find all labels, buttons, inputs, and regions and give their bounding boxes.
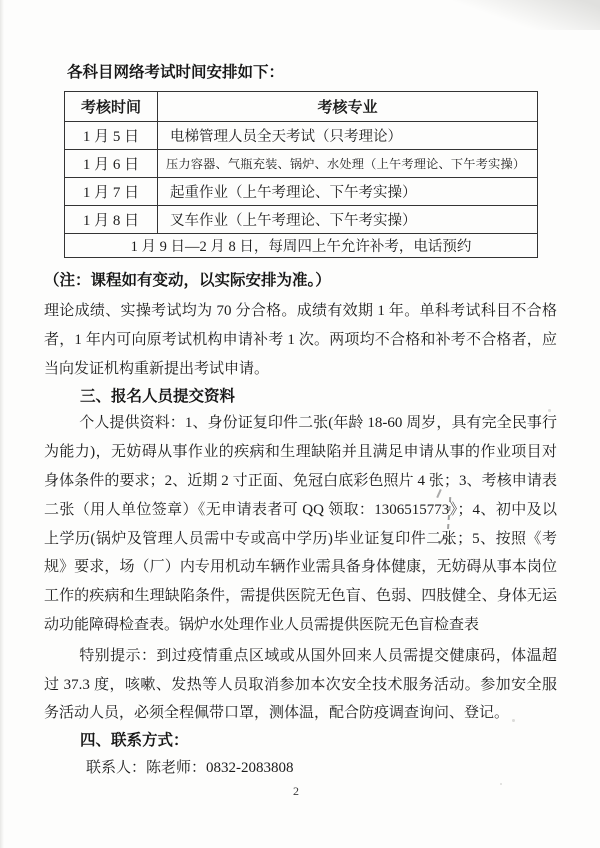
header-cell-exam-time: 考核时间 xyxy=(65,92,158,122)
contact-line: 联系人：陈老师：0832-2083808 xyxy=(86,757,600,779)
exam-schedule-table: 考核时间 考核专业 1 月 5 日 电梯管理人员全天考试（只考理论） 1 月 6… xyxy=(64,91,538,258)
table-header-row: 考核时间 考核专业 xyxy=(65,92,538,122)
paragraph-exam-results: 理论成绩、实操考试均为 70 分合格。成绩有效期 1 年。单科考试科目不合格者，… xyxy=(44,297,557,383)
paragraph-materials: 个人提供资料：1、身份证复印件二张(年龄 18-60 周岁，具有完全民事行为能力… xyxy=(44,409,557,639)
date-cell: 1 月 8 日 xyxy=(65,206,158,234)
makeup-exam-cell: 1 月 9 日—2 月 8 日，每周四上午允许补考，电话预约 xyxy=(65,234,538,258)
date-cell: 1 月 7 日 xyxy=(65,178,158,206)
pen-caret-mark xyxy=(438,536,452,545)
subject-cell: 压力容器、气瓶充装、锅炉、水处理（上午考理论、下午考实操） xyxy=(158,150,538,178)
table-row: 1 月 5 日 电梯管理人员全天考试（只考理论） xyxy=(65,122,538,150)
subject-cell: 电梯管理人员全天考试（只考理论） xyxy=(158,122,538,150)
scan-speck xyxy=(548,409,551,412)
paragraph-special-notice: 特别提示：到过疫情重点区域或从国外回来人员需提交健康码，体温超过 37.3 度，… xyxy=(44,642,557,728)
date-cell: 1 月 5 日 xyxy=(65,122,158,150)
scan-left-edge xyxy=(0,0,4,848)
scan-corner-shade xyxy=(450,0,600,30)
schedule-note: （注：课程如有变动，以实际安排为准。） xyxy=(44,270,600,292)
subject-cell: 叉车作业（上午考理论、下午考实操） xyxy=(158,206,538,234)
date-cell: 1 月 6 日 xyxy=(65,150,158,178)
table-row: 1 月 7 日 起重作业（上午考理论、下午考实操） xyxy=(65,178,538,206)
table-footer-row: 1 月 9 日—2 月 8 日，每周四上午允许补考，电话预约 xyxy=(65,234,538,258)
page-number: 2 xyxy=(0,784,592,799)
scan-speck xyxy=(500,783,502,785)
scan-speck xyxy=(512,719,515,722)
table-row: 1 月 6 日 压力容器、气瓶充装、锅炉、水处理（上午考理论、下午考实操） xyxy=(65,150,538,178)
table-row: 1 月 8 日 叉车作业（上午考理论、下午考实操） xyxy=(65,206,538,234)
header-cell-exam-subject: 考核专业 xyxy=(158,92,538,122)
section-heading-materials: 三、报名人员提交资料 xyxy=(80,386,600,408)
scanned-document-page: 各科目网络考试时间安排如下： 考核时间 考核专业 1 月 5 日 电梯管理人员全… xyxy=(0,0,600,848)
subject-cell: 起重作业（上午考理论、下午考实操） xyxy=(158,178,538,206)
section-heading-contact: 四、联系方式： xyxy=(80,730,600,752)
